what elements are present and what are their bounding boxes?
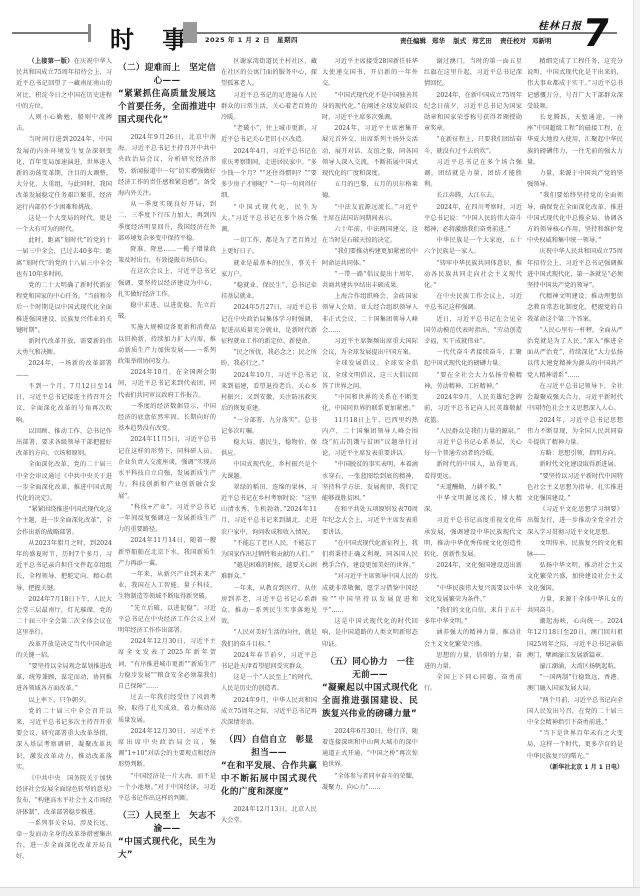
paragraph: 改革开放是决定当代中国命运的关键一招。: [16, 639, 112, 661]
paragraph: 中华民族是一个大家庭，五十六个民族是一家人。: [424, 235, 522, 257]
article-column-1: （上接第一版）在庆祝中华人民共和国成立75周年招待会上，习近平总书记回望了一藏南…: [16, 56, 112, 862]
paragraph: 2024年9月26日，北京中南海。习近平总书记主持召开中共中央政治局会议，分析研…: [118, 132, 216, 199]
paragraph: “不能忘了老区人民，不能忘了为国家作出过牺牲和贡献的人们。”: [221, 538, 317, 560]
paragraph: 一系列事关全局、涉及长远、牵一发而动全身的改革举措密集出台，进一步全面深化改革开…: [16, 818, 112, 862]
article-column-5: 谢过澳门，当时的第一面五星红旗在这里升起，习近平总书记深情回忆。2024年，在新…: [424, 56, 522, 862]
paragraph: 2024年12月30日，习近平主席全文发表了2025年新年贺词，“有序推进城市更…: [118, 636, 216, 692]
paragraph: 庆祝中华人民共和国成立75周年招待会上，习近平总书记强调推进中国式现代化，第一条…: [527, 246, 623, 291]
paragraph: “一国两制”行稳致远，香港、澳门融入国家发展大局。: [527, 672, 623, 694]
layout-label: 版式: [453, 37, 466, 45]
proofreader-name: 邓新明: [532, 37, 552, 45]
paragraph: 文明传承、民族复兴的文化根脉——: [527, 538, 623, 560]
paragraph: 力量，来源于中国共产党的坚强领导。: [527, 168, 623, 190]
paragraph: 一代代奋斗者接续奋斗，汇聚起中国式现代化的磅礴力量。: [424, 347, 522, 369]
paragraph: 力量，来源于全体中华儿女的共同奋斗。: [527, 594, 623, 616]
paragraph: 一切工作，都是为了老百姓过上更好日子。: [221, 235, 317, 257]
paragraph: “中法友谊源远流长。”习近平主席在法国访问期间表示。: [322, 202, 418, 224]
paragraph: 以回顾、推动工作，总书记作出部署，要求各级领导干部把握好改革的方向、立场和原则。: [16, 426, 112, 460]
newspaper-page: 时 事 2025 年 1 月 2 日 星期四 桂林日报 责任编辑郑华 版式郑艺田…: [0, 0, 640, 896]
paragraph: 此时，距离“划时代”的党的十一届三中全会，已过去40多年；距离“划时代”的党的十…: [16, 235, 112, 280]
paragraph: “先立后破，以进促稳”。习近平总书记在中央经济工作会议上对明年经济工作作出部署。: [118, 603, 216, 637]
paragraph: “稳就业、保民生”，总书记牵挂基层就业。: [221, 280, 317, 302]
paragraph: 一年来，从教育到医疗，从住房到养老，习近平总书记心系群众，推动一系列民生实事落地…: [221, 583, 317, 628]
paragraph: 就业是最基本的民生，事关千家万户。: [221, 258, 317, 280]
paragraph: 以上率下，只争朝夕。: [16, 695, 112, 706]
paragraph: “要坚持以习近平新时代中国特色社会主义思想为指导，扎实推进文化强国建设。”: [527, 471, 623, 505]
section-subheading: （三）人民至上 矢志不渝——“中国式现代化，民生为大”: [118, 810, 216, 862]
paragraph: 降准、降息……一揽子增量政策及时出台，有效提振市场信心。: [118, 244, 216, 266]
paragraph: 新时代文化建设取得新进展。: [527, 459, 623, 470]
header-gray-block: [183, 22, 197, 43]
paragraph: 代精神文明建设；推动理想信念教育常态化制度化，把握党的自我革命这个第二个答案。: [527, 291, 623, 325]
paragraph: “全体参与者同享奋斗的荣耀，凝聚力、向心力”……: [322, 771, 418, 793]
paragraph: “一带一路”倡议提出十周年，共商共建共享结出丰硕成果。: [322, 269, 418, 291]
paragraph: “两个月前，习近平总书记向全国人民发出号召，在党的二十届三中全会精神指引下奋勇前…: [527, 695, 623, 729]
paragraph: “紧紧围绕推进中国式现代化这个主题，进一步全面深化改革”，全会作出新的战略部署。: [16, 504, 112, 538]
paragraph: 实施大规模设备更新和消费品以旧换新，持续加力扩大内需，推动新质生产力加快发展——…: [118, 322, 216, 367]
continued-from-tag: （上接第一版）: [28, 58, 73, 65]
paragraph: “老破小”，往上城市更新，习近平总书记关心老旧小区改造。: [221, 123, 317, 145]
header-rule-tick: [88, 24, 91, 42]
paragraph: 2024年6月30日，伶仃洋，随着连接深圳和中山两大城市的深中通道正式开通，“中…: [322, 726, 418, 771]
paragraph: 稳大局、惠民生，稳物价、保供应。: [221, 437, 317, 459]
paragraph: 思想的力量，信仰的力量，奋进的力量。: [424, 650, 522, 672]
paragraph: 2024年，一场新的改革部署——: [16, 358, 112, 380]
paragraph: “要在全社会大力弘扬劳模精神、劳动精神、工匠精神。”: [424, 370, 522, 392]
paragraph: “天道酬勤，力耕不欺。”: [424, 482, 522, 493]
paragraph: “中国脱贫的事实表明，本着滴水穿石、一张蓝图绘到底的精神，坚持科学方法、发展规律…: [322, 459, 418, 504]
article-column-6: 精细完成了工程任务，这充分说明，中国式现代化是干出来的，伟大事业都成于实干。”习…: [527, 56, 623, 862]
subheading-number: （三）人民至上 矢志不渝——: [118, 810, 216, 836]
paragraph: 新时代改革开放，需要新的伟大勇气和决断。: [16, 336, 112, 358]
issue-date: 2025 年 1 月 2 日 星期四: [205, 35, 298, 44]
paragraph: 习近平总书记在多个场合强调，团结就是力量，团结才能胜利。: [424, 157, 522, 191]
paragraph: 濠江潮涌，大湾区扬帆起航。: [527, 661, 623, 672]
page-edge: [633, 0, 640, 896]
paragraph: 2024年，习近平主席密集开展元首外交，出席系列主场外交活动，展开对话、友谊之旅…: [322, 123, 418, 179]
paragraph: 党的二十大明确了新时代新征程党和国家的中心任务。“当前和今后一个时期是以中国式现…: [16, 280, 112, 336]
paragraph: 2024年，文化强国建设迈出新步伐。: [424, 560, 522, 582]
paragraph: “人民群众是我们力量的源泉。”: [424, 426, 522, 437]
paragraph: 全球发展倡议、全球安全倡议、全球文明倡议，这三大倡议回答了世界之问。: [322, 358, 418, 392]
paragraph: 在这次会议上，习近平总书记强调，要坚持以经济建设为中心，扎实做好经济工作。: [118, 266, 216, 300]
paragraph: 2024年7月18日下午，人民大会堂三层最南厅，灯光璀璨，党的二十届三中全会第二…: [16, 594, 112, 639]
paragraph: 中国式现代化，乡村振兴是个大课题。: [221, 459, 317, 481]
paragraph: 习近平主席接受28国新任驻华大使递交国书，开启新的一年外交。: [322, 56, 418, 90]
paragraph: 新时代的中国人，站得更高、看得更远。: [424, 459, 522, 481]
paragraph: “越是困难的时候，越要关心困难群众。”: [221, 560, 317, 582]
subheading-title: “中国式现代化，民生为大”: [118, 837, 216, 860]
article-column-4: 习近平主席接受28国新任驻华大使递交国书，开启新的一年外交。“中国式现代化不是中…: [322, 56, 418, 862]
paragraph: 从一季度实现良好开局，到二、三季度下行压力加大，再到四季度经济明显回升，我国经济…: [118, 199, 216, 244]
paragraph: （上接第一版）在庆祝中华人民共和国成立75周年招待会上，习近平总书记回望了一藏南…: [16, 56, 112, 112]
header-rule-left: [12, 32, 90, 34]
paragraph: 在中央民族工作会议上，习近平总书记这样强调。: [424, 291, 522, 313]
paragraph: 2024年12月30日，习近平主席出席中央政治局会议，强调“1+10”对话会的主…: [118, 726, 216, 771]
paragraph: 2024年5月27日，习近平总书记在中央政治局集体学习时强调，促进高质量充分就业…: [221, 302, 317, 347]
paragraph: 2024年10月，在全国两会期间，习近平总书记来到代表团，同代表们共同审议政府工…: [118, 367, 216, 401]
paragraph: 涵养强大的精神力量，推动社会主义文化繁荣兴盛。: [424, 627, 522, 649]
editor-name: 郑华: [432, 37, 445, 45]
paragraph: 长龙腾跃，天堑通途。一座座“中国超级工程”的磁接工程，在华夏大地投入使用，汇聚起…: [527, 112, 623, 168]
paragraph: “在新征程上，只要我们团结奋斗，就没有过不去的坎”。: [424, 134, 522, 156]
paragraph: 精细完成了工程任务，这充分说明，中国式现代化是干出来的，伟大事业都成于实干。”习…: [527, 56, 623, 112]
header-rule-right: [197, 32, 617, 34]
paragraph: “要坚持以全局观念谋划推进改革，统筹兼顾，谋定而动，协同推进各领域各方面改革。”: [16, 661, 112, 695]
article-column-3: 区谢家湾街道民主村社区，藏在社区的公寓门面的服务中心，探望孤寡老人。习近平总书记…: [221, 56, 317, 862]
editor-credits: 责任编辑郑华 版式郑艺田 责任校对邓新明: [400, 36, 558, 45]
paragraph: “中国和世界的关系在不断变化，中国同世界的联系更加紧密。”: [322, 392, 418, 414]
paragraph: 潮起海峡，心向统一。2024年12月18日至20日，澳门回归祖国25周年之际，习…: [527, 616, 623, 661]
section-subheading: （四）自信自立 彰显担当——“在和平发展、合作共赢中不断拓展中国式现代化的广度和…: [221, 734, 317, 799]
paragraph: 在和平共处五项原则发表70周年纪念大会上，习近平主席发表重要讲话。: [322, 504, 418, 538]
paragraph: 区谢家湾街道民主村社区，藏在社区的公寓门面的服务中心，探望孤寡老人。: [221, 56, 317, 90]
paragraph: 翠绿的稻田、连绵的果林，习近平总书记在乡村考察时说：“这里山清水秀，生机勃勃。”…: [221, 482, 317, 538]
paragraph: 不到一个月，7月12日至14日，习近平总书记接连主持召开会议，全面深化改革的号角…: [16, 381, 112, 426]
page-bottom-border: [0, 887, 640, 896]
layout-name: 郑艺田: [472, 37, 492, 45]
paragraph-text: 在庆祝中华人民共和国成立75周年招待会上，习近平总书记回望了一藏南征南山的对比，…: [16, 58, 112, 110]
paragraph: “对习近平主席领导中国人民的成就非常敬佩，愿学习借鉴中国经验”“中国坚持以发展促…: [322, 571, 418, 616]
paragraph: 一季度的经济数据显示，中国经济的底盘依然牢固，长期向好的基本趋势没有改变。: [118, 401, 216, 435]
paragraph: 这是一个大变局的时代，更是一个大有可为的时代。: [16, 213, 112, 235]
paragraph: 11月18日上午，巴西里约热内卢，二十国集团领导人峰会围绕“抗击饥饿与贫困”议题…: [322, 415, 418, 460]
paragraph: 习近平总书记心系基层，关心每一个普通劳动者的冷暖。: [424, 437, 522, 459]
page-number: 7: [580, 14, 612, 52]
section-subheading: （五）同心协力 一往无前——“凝聚起以中国式现代化全面推进强国建设、民族复兴伟业…: [322, 656, 418, 721]
paragraph: 从2023年腊月之时，到2024年的盛夏时节，历时7个多月，习近平总书记亲自担任…: [16, 538, 112, 594]
paragraph: 习近平总书记的足迹遍布人民群众的日常生活，关心着老百姓的冷暖。: [221, 90, 317, 124]
subheading-title: “凝聚起以中国式现代化全面推进强国建设、民族复兴伟业的磅礴力量”: [322, 683, 418, 719]
paragraph: 这是中国式现代化的时代回响，是中国道路的人类文明新形态印证。: [322, 616, 418, 650]
paragraph: 近日，习近平总书记在会见全国劳动模范代表时指出，“劳动创造幸福，实干成就伟业”。: [424, 314, 522, 348]
subheading-number: （五）同心协力 一往无前——: [322, 656, 418, 682]
subheading-number: （四）自信自立 彰显担当——: [221, 734, 317, 760]
paragraph: 《习近平文化思想学习纲要》出版发行，进一步推动全党全社会深入学习贯彻习近平文化思…: [527, 504, 623, 538]
paragraph: 党的二十届三中全会召开以来，习近平总书记多次主持召开重要会议，研究部署重大改革举…: [16, 706, 112, 773]
paragraph: 方略：思想引领，指明方向。: [527, 448, 623, 459]
paragraph: “中国经济是一片大海，而不是一个小池塘。”对于中国经济，习近平总书记作出这样的判…: [118, 771, 216, 805]
paragraph: 2024年9月，中华人民共和国成立75周年之际，习近平总书记再次深情寄语。: [221, 695, 317, 729]
proofreader-label: 责任校对: [500, 37, 526, 45]
paragraph: 当时间行进到2024年，中国发展的内外环境发生复杂深刻变化，百年变局加速演进，世…: [16, 134, 112, 212]
news-agency-dateline: （新华社北京 1 月 1 日电）: [527, 762, 623, 773]
section-subheading: （二）迎难而上 坚定信心——“紧紧抓住高质量发展这个首要任务，全面推进中国式现代…: [118, 62, 216, 127]
paragraph: 五月的巴黎，五月的贝尔格莱德。: [322, 179, 418, 201]
paragraph: 2024年，在新中国成立75周年纪念日前夕，习近平总书记为国家勋章和国家荣誉称号…: [424, 90, 522, 135]
paragraph: 2024年，在四川考察时，习近平总书记说：“中国人民的伟大奋斗精神，必将激励我们…: [424, 202, 522, 236]
paragraph: 六十年前，中法两国建交，这在当时是石破天惊的决定。: [322, 224, 418, 246]
paragraph: 在习近平总书记领导下，全社会凝聚成强大合力，习近平新时代中国特色社会主义思想深入…: [527, 381, 623, 415]
paragraph: 2024年10月，习近平总书记来到福建，看望退役老兵、关心乡村振兴；又到安徽，关…: [221, 370, 317, 415]
paragraph: “我们要始终坚持党的全面领导，确保党在全面深化改革、推进中国式现代化中总揽全局、…: [527, 190, 623, 246]
masthead-logo: 桂林日报: [538, 17, 582, 32]
paragraph: 2024年11月14日，随着一艘新型船舶在北京下水，我国新质生产力再添一翼。: [118, 535, 216, 569]
paragraph: 2024年4月，习近平总书记在重庆考察期间，走进居民家中。“多少钱一个月？”“还…: [221, 146, 317, 202]
paragraph: 习近平主席频频出席重大国际会议，为全球发展提出中国方案。: [322, 336, 418, 358]
paragraph: 2024年，习近平总书记思想伟力不断显现，为全国人民共同奋斗提供了精神力量。: [527, 415, 623, 449]
paragraph: 2024年春节前夕，习近平总书记赴天津看望慰问受灾群众。: [221, 650, 317, 672]
paragraph: 2024年12月13日，北京人民大会堂。: [221, 804, 317, 826]
editor-label: 责任编辑: [400, 37, 426, 45]
subheading-number: （二）迎难而上 坚定信心——: [118, 62, 216, 88]
paragraph: “一分部署、九分落实”。总书记多次叮嘱。: [221, 415, 317, 437]
paragraph: 稳中求进，以进促稳，先立后破。: [118, 300, 216, 322]
paragraph: 《中共中央 国务院关于加快经济社会发展全面绿色转型的意见》发布，“构建高水平社会…: [16, 773, 112, 818]
paragraph: “我们的文化自信，来自于五千多年中华文明。”: [424, 605, 522, 627]
paragraph: 长江奔腾，大江东去。: [424, 190, 522, 201]
subheading-title: “紧紧抓住高质量发展这个首要任务，全面推进中国式现代化”: [118, 89, 216, 125]
subheading-title: “在和平发展、合作共赢中不断拓展中国式现代化的广度和深度”: [221, 761, 317, 797]
paragraph: 2024年9月，人民英雄纪念碑前，习近平总书记向人民英雄敬献花篮。: [424, 392, 522, 426]
paragraph: “人民对美好生活的向往，就是我们的奋斗目标。”: [221, 627, 317, 649]
paragraph: “在中国式现代化新征程上，我们将秉持正确义利观，同各国人民携手合作，建设更加美好…: [322, 538, 418, 572]
paragraph: 一年来，从新兴产业到未来产业，我国在人工智能、量子科技、生物制造等领域不断取得新…: [118, 569, 216, 603]
paragraph: “铸牢中华民族共同体意识，推动各民族共同走向社会主义现代化。”: [424, 258, 522, 292]
paragraph: 过去一年我们经受住了风浪考验，取得了扎实成效，着力推动高质量发展。: [118, 692, 216, 726]
paragraph: 上海合作组织峰会、金砖国家领导人会晤、亚太经合组织领导人非正式会议、二十国集团领…: [322, 291, 418, 336]
paragraph: “中国式现代化不是中国独善其身的现代化。”在阐述全球发展倡议时，习近平主席多次强…: [322, 90, 418, 124]
paragraph: 全国上下同心同德，奋勇前行。: [424, 672, 522, 694]
paragraph: 人则小心勤勉，船则中流搏击。: [16, 112, 112, 134]
paragraph: 谢过澳门，当时的第一面五星红旗在这里升起，习近平总书记深情回忆。: [424, 56, 522, 90]
paragraph: 这是一个“人民至上”的时代，人民是历史的创造者。: [221, 672, 317, 694]
paragraph: “我们要推动构建更加紧密的中阿命运共同体。”: [322, 246, 418, 268]
paragraph: 2024年11月5日，习近平总书记在这样的形势下，同科研人员、企业负责人交流座谈…: [118, 434, 216, 501]
paragraph: 全面深化改革，党的二十届三中全会审议通过《中共中央关于进一步全面深化改革、推进中…: [16, 459, 112, 504]
paragraph: “中华民族伟大复兴需要以中华文化发展繁荣为条件。”: [424, 583, 522, 605]
article-column-2: （二）迎难而上 坚定信心——“紧紧抓住高质量发展这个首要任务，全面推进中国式现代…: [118, 56, 216, 862]
paragraph: 弘扬中华文明，推动社会主义文化繁荣兴盛，加快建设社会主义文化强国。: [527, 560, 623, 594]
paragraph: “人民心里有一杆秤，全面从严治党就是为了人民。”深入“推进全面从严治党”，持续深…: [527, 325, 623, 381]
paragraph: “中国式现代化，民生为大。”习近平总书记在多个场合强调。: [221, 202, 317, 236]
paragraph: “科技+产业”，习近平总书记一年间反复强调这一发展新质生产力的重要路径。: [118, 502, 216, 536]
paragraph: 中华文明源远流长，博大精深。: [424, 493, 522, 515]
paragraph: “民之所忧，我必念之；民之所盼，我必行之。”: [221, 347, 317, 369]
paragraph: “当下是世界百年未有之大变局，这样一个时代，更多孕育的是中华民族复兴的曙光。”: [527, 728, 623, 762]
paragraph: 习近平总书记高度重视文化传承发展，强调建设中华民族现代文明，推动中华优秀传统文化…: [424, 515, 522, 560]
